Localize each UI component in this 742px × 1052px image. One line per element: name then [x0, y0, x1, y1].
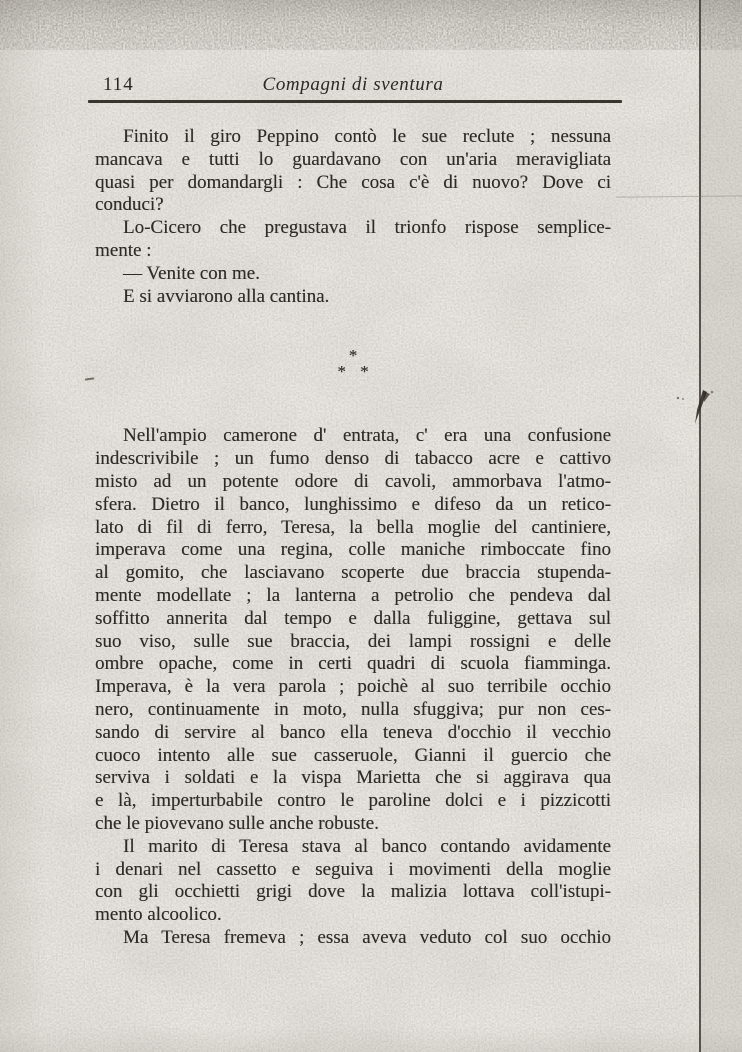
text-line: — Venite con me.: [95, 263, 611, 286]
text-line: E si avviarono alla cantina.: [95, 286, 611, 309]
text-line: soffitto annerita dal tempo e dalla fuli…: [95, 608, 611, 631]
paragraph: Ma Teresa fremeva ; essa aveva veduto co…: [95, 927, 611, 950]
text-line: serviva i soldati e la vispa Marietta ch…: [95, 767, 611, 790]
text-line: Ma Teresa fremeva ; essa aveva veduto co…: [95, 927, 611, 950]
text-line: al gomito, che lasciavano scoperte due b…: [95, 562, 611, 585]
scan-right-margin-shade: [701, 0, 742, 1052]
scan-scratch-mark: [616, 195, 742, 197]
text-line: con gli occhietti grigi dove la malizia …: [95, 881, 611, 904]
text-line: imperava come una regina, colle maniche …: [95, 539, 611, 562]
text-line: mente modellate ; la lanterna a petrolio…: [95, 585, 611, 608]
text-line: mancava e tutti lo guardavano con un'ari…: [95, 149, 611, 172]
text-section-top: Finito il giro Peppino contò le sue recl…: [95, 126, 611, 308]
text-line: sando di servire al banco ella teneva d'…: [95, 722, 611, 745]
text-line: nero, continuamente in moto, nulla sfugg…: [95, 699, 611, 722]
running-header: 114 Compagni di sventura: [95, 74, 611, 98]
text-line: Nell'ampio camerone d' entrata, c' era u…: [95, 425, 611, 448]
text-line: mente :: [95, 240, 611, 263]
text-line: misto ad un potente odore di cavoli, amm…: [95, 471, 611, 494]
text-section-bottom: Nell'ampio camerone d' entrata, c' era u…: [95, 425, 611, 949]
text-line: Finito il giro Peppino contò le sue recl…: [95, 126, 611, 149]
paragraph: Nell'ampio camerone d' entrata, c' era u…: [95, 425, 611, 835]
paragraph: — Venite con me.: [95, 263, 611, 286]
text-line: e là, imperturbabile contro le paroline …: [95, 790, 611, 813]
scan-left-shadow: [0, 0, 46, 1052]
scan-top-shadow: [0, 0, 742, 52]
text-line: che le piovevano sulle anche robuste.: [95, 813, 611, 836]
text-line: ombre opache, come in certi quadri di sc…: [95, 653, 611, 676]
text-line: mento alcoolico.: [95, 904, 611, 927]
paragraph: Lo-Cicero che pregustava il trionfo risp…: [95, 217, 611, 263]
text-line: i denari nel cassetto e seguiva i movime…: [95, 859, 611, 882]
scanned-book-page: 114 Compagni di sventura Finito il giro …: [0, 0, 742, 1052]
paragraph: Finito il giro Peppino contò le sue recl…: [95, 126, 611, 217]
text-line: indescrivibile ; un fumo denso di tabacc…: [95, 448, 611, 471]
text-line: Il marito di Teresa stava al banco conta…: [95, 836, 611, 859]
margin-pencil-mark: [85, 377, 94, 380]
text-line: sfera. Dietro il banco, lunghissimo e di…: [95, 494, 611, 517]
text-line: quasi per domandargli : Che cosa c'è di …: [95, 172, 611, 195]
text-line: Lo-Cicero che pregustava il trionfo risp…: [95, 217, 611, 240]
paragraph: Il marito di Teresa stava al banco conta…: [95, 836, 611, 927]
asterisk-bottom: * *: [95, 364, 611, 380]
paragraph: E si avviarono alla cantina.: [95, 286, 611, 309]
page-text: Finito il giro Peppino contò le sue recl…: [95, 126, 611, 950]
ink-blot-artifact: [668, 382, 728, 432]
header-rule: [88, 100, 622, 103]
scan-bottom-shadow: [0, 1026, 742, 1052]
asterisk-divider: * * *: [95, 308, 611, 425]
text-line: cuoco intento alle sue casseruole, Giann…: [95, 745, 611, 768]
page-edge-line: [699, 0, 701, 1052]
text-line: lato di fil di ferro, Teresa, la bella m…: [95, 517, 611, 540]
text-line: suo viso, sulle sue braccia, dei lampi r…: [95, 631, 611, 654]
text-line: conduci?: [95, 194, 611, 217]
text-line: Imperava, è la vera parola ; poichè al s…: [95, 676, 611, 699]
running-title: Compagni di sventura: [95, 74, 611, 96]
